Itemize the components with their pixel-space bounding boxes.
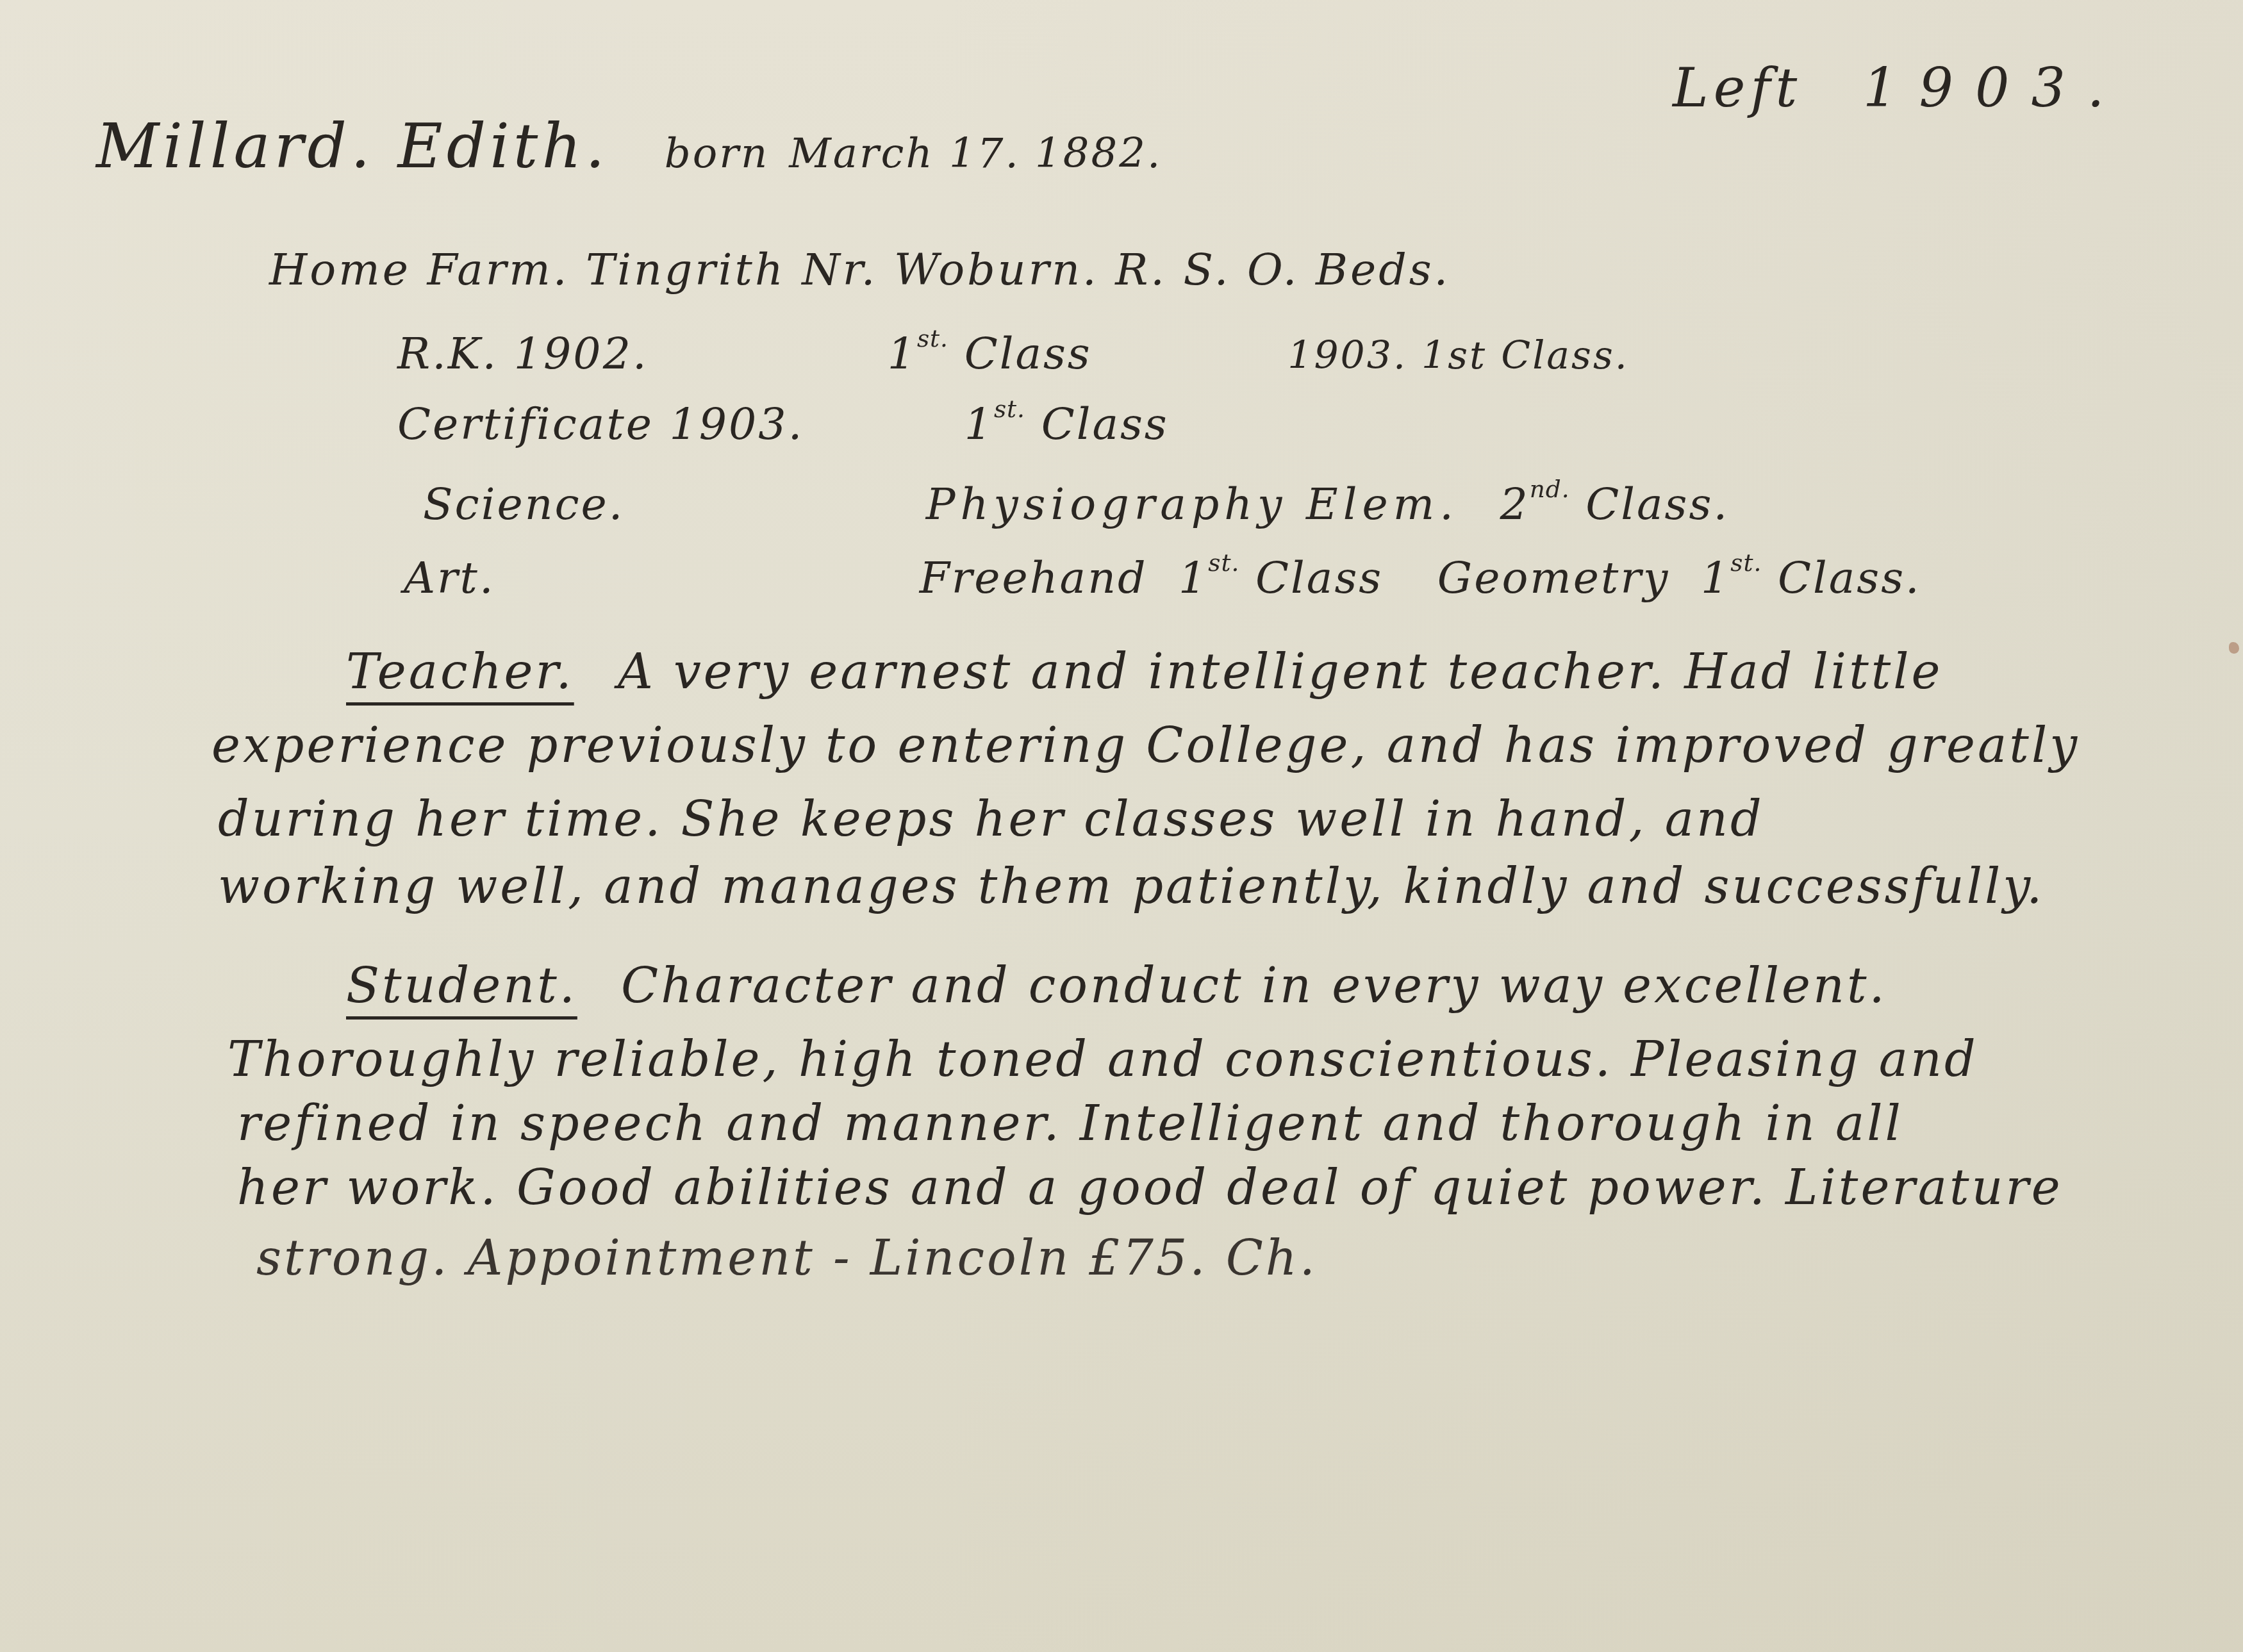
qualification-result: 1st. Class xyxy=(964,399,1169,450)
student-line-2: Thoroughly reliable, high toned and cons… xyxy=(228,1035,1978,1084)
qualification-result: 1st. Class xyxy=(888,327,1272,376)
teacher-line-3: during her time. She keeps her classes w… xyxy=(218,795,1764,843)
left-label: Left xyxy=(1673,56,1802,119)
teacher-line-4: working well, and manages them patiently… xyxy=(218,862,2044,911)
left-date: Left 1903. xyxy=(1673,61,2126,115)
qualification-rk: R.K. 1902. 1st. Class 1903. 1st Class. xyxy=(397,327,1629,376)
left-year: 1903. xyxy=(1863,56,2126,119)
qualification-label: Science. xyxy=(423,483,910,527)
qualification-science: Science. Physiography Elem. 2nd. Class. xyxy=(423,477,1729,527)
qualification-art: Art. Freehand 1st. Class Geometry 1st. C… xyxy=(404,551,1921,600)
student-line-3: refined in speech and manner. Intelligen… xyxy=(237,1099,1903,1148)
surname: Millard. xyxy=(96,110,374,182)
name-line: Millard. Edith. born March 17. 1882. xyxy=(96,115,1162,177)
qualification-result: Freehand 1st. Class xyxy=(920,553,1399,604)
teacher-line-1: Teacher. A very earnest and intelligent … xyxy=(346,647,1943,696)
record-page: Left 1903. Millard. Edith. born March 17… xyxy=(0,0,2243,1652)
qualification-label: Certificate 1903. xyxy=(397,403,948,447)
qualification-extra: Geometry 1st. Class. xyxy=(1437,553,1921,604)
qualification-certificate: Certificate 1903. 1st. Class xyxy=(397,397,1169,447)
born-label: born xyxy=(665,130,769,178)
born-date: March 17. 1882. xyxy=(789,130,1162,178)
qualification-extra: 1903. 1st Class. xyxy=(1287,333,1629,378)
student-line-4: her work. Good abilities and a good deal… xyxy=(237,1163,2063,1212)
student-line-1: Student. Character and conduct in every … xyxy=(346,961,1887,1010)
forename: Edith. xyxy=(398,110,609,182)
paper-blemish xyxy=(2229,642,2239,654)
teacher-heading: Teacher. xyxy=(346,643,574,700)
qualification-result: Physiography Elem. 2nd. Class. xyxy=(926,479,1729,530)
qualification-label: R.K. 1902. xyxy=(397,333,872,376)
qualification-label: Art. xyxy=(404,557,904,600)
student-heading: Student. xyxy=(346,957,577,1014)
student-line-5: strong. Appointment - Lincoln £75. Ch. xyxy=(256,1234,1318,1282)
address: Home Farm. Tingrith Nr. Woburn. R. S. O.… xyxy=(269,249,1450,292)
teacher-line-2: experience previously to entering Colleg… xyxy=(211,721,2080,770)
